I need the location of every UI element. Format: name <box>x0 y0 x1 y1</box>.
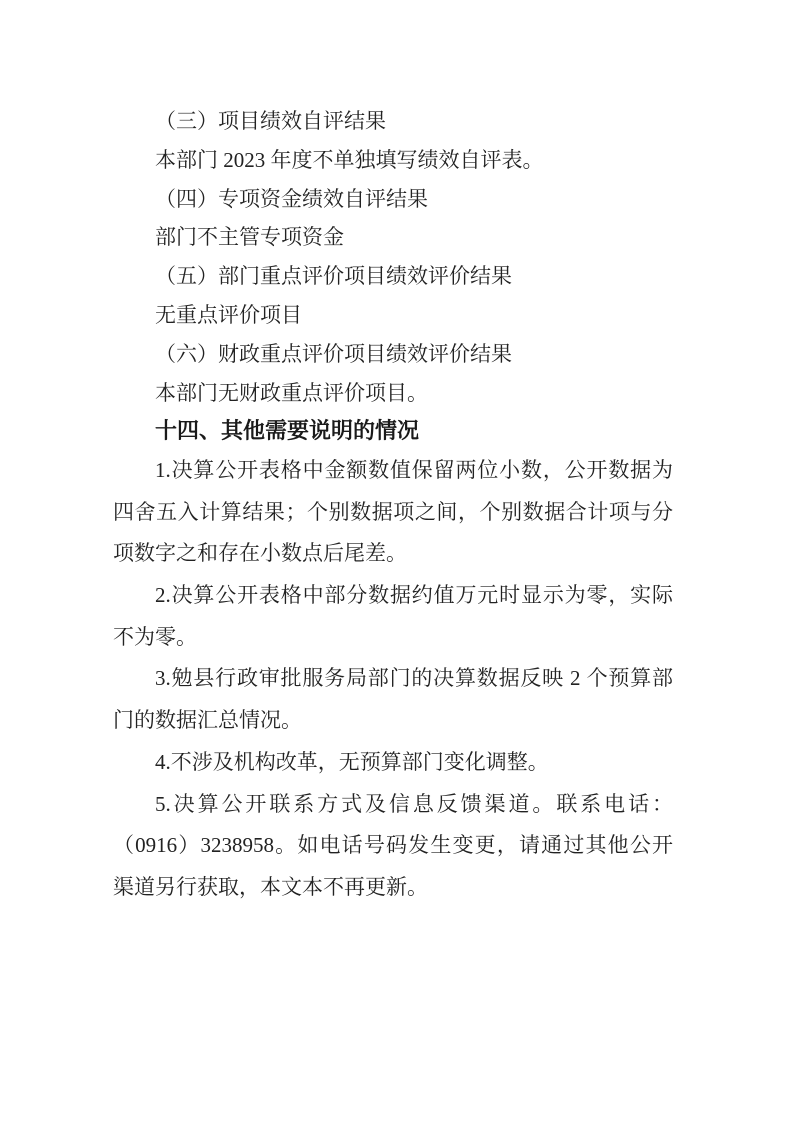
subsection-heading-5: （五）部门重点评价项目绩效评价结果 <box>113 257 673 296</box>
body-line: 本部门 2023 年度不单独填写绩效自评表。 <box>113 141 673 180</box>
body-line: 1.决算公开表格中金额数值保留两位小数，公开数据为 <box>113 450 673 492</box>
section-heading-14: 十四、其他需要说明的情况 <box>113 412 673 451</box>
subsection-heading-3: （三）项目绩效自评结果 <box>113 102 673 141</box>
document-page: （三）项目绩效自评结果本部门 2023 年度不单独填写绩效自评表。（四）专项资金… <box>0 0 793 1122</box>
body-line: 5.决算公开联系方式及信息反馈渠道。联系电话： <box>113 784 673 826</box>
body-line: 四舍五入计算结果；个别数据项之间，个别数据合计项与分 <box>113 492 673 534</box>
body-line: 项数字之和存在小数点后尾差。 <box>113 533 673 575</box>
body-line: 部门不主管专项资金 <box>113 218 673 257</box>
subsection-heading-6: （六）财政重点评价项目绩效评价结果 <box>113 335 673 374</box>
body-line: 4.不涉及机构改革，无预算部门变化调整。 <box>113 742 673 784</box>
body-line: （0916）3238958。如电话号码发生变更，请通过其他公开 <box>113 825 673 867</box>
body-line: 门的数据汇总情况。 <box>113 700 673 742</box>
subsection-heading-4: （四）专项资金绩效自评结果 <box>113 180 673 219</box>
body-line: 不为零。 <box>113 617 673 659</box>
body-line: 本部门无财政重点评价项目。 <box>113 374 673 413</box>
text-block-upper: （三）项目绩效自评结果本部门 2023 年度不单独填写绩效自评表。（四）专项资金… <box>113 102 673 451</box>
text-block-lower: 1.决算公开表格中金额数值保留两位小数，公开数据为四舍五入计算结果；个别数据项之… <box>113 450 673 909</box>
body-line: 3.勉县行政审批服务局部门的决算数据反映 2 个预算部 <box>113 658 673 700</box>
body-line: 2.决算公开表格中部分数据约值万元时显示为零，实际 <box>113 575 673 617</box>
body-line: 渠道另行获取，本文本不再更新。 <box>113 867 673 909</box>
body-line: 无重点评价项目 <box>113 296 673 335</box>
